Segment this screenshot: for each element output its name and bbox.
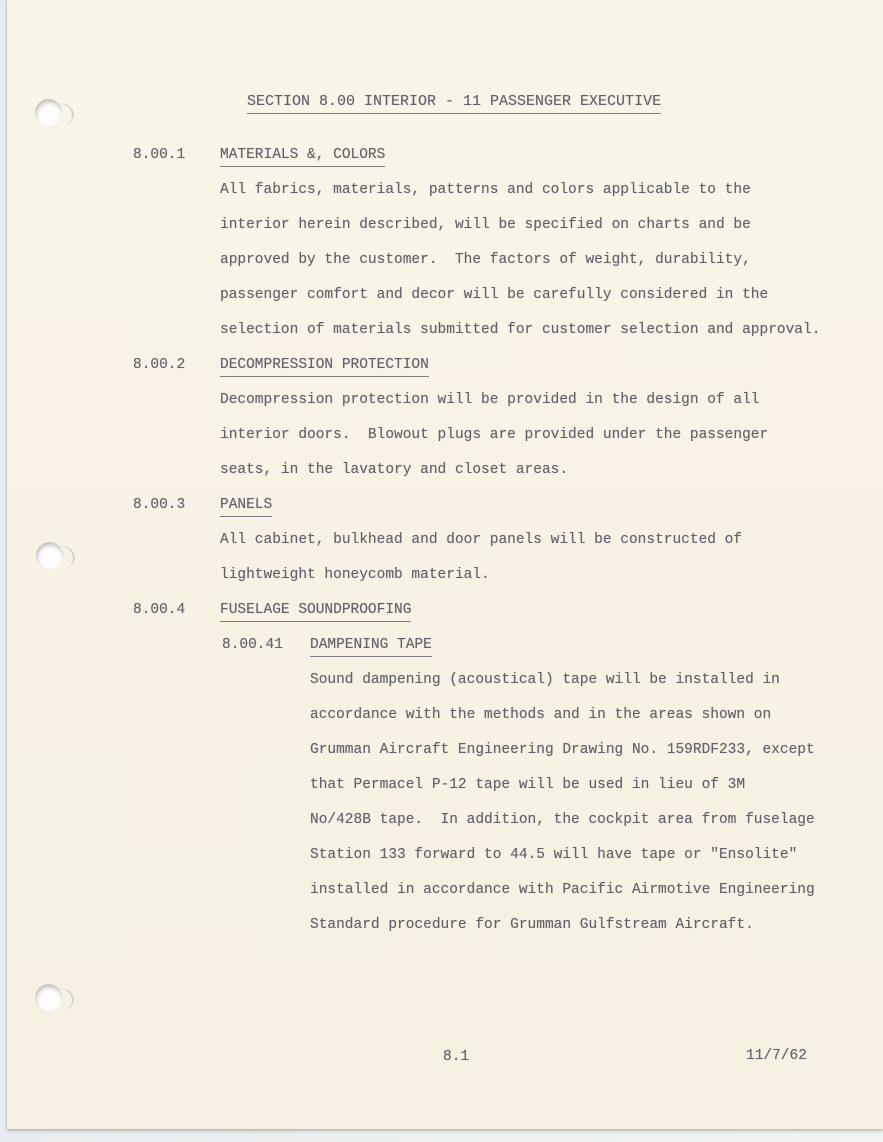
text-row: 8.00.3PANELS <box>0 497 883 532</box>
section-heading: DECOMPRESSION PROTECTION <box>220 357 429 377</box>
text-row: 8.00.4FUSELAGE SOUNDPROOFING <box>0 602 883 637</box>
text-row: All fabrics, materials, patterns and col… <box>0 182 883 217</box>
punch-hole-bottom <box>35 984 62 1011</box>
text-row: passenger comfort and decor will be care… <box>0 287 883 322</box>
text-row: selection of materials submitted for cus… <box>0 322 883 357</box>
footer-date: 11/7/62 <box>746 1048 807 1064</box>
body-line: All fabrics, materials, patterns and col… <box>220 182 751 199</box>
subsection-number: 8.00.41 <box>222 637 283 654</box>
text-row: seats, in the lavatory and closet areas. <box>0 462 883 497</box>
section-heading: FUSELAGE SOUNDPROOFING <box>220 602 411 622</box>
body-line: passenger comfort and decor will be care… <box>220 287 768 304</box>
section-number: 8.00.2 <box>133 357 185 374</box>
section-number: 8.00.3 <box>133 497 185 514</box>
document-body: 8.00.1MATERIALS &, COLORSAll fabrics, ma… <box>0 147 883 952</box>
body-line: Grumman Aircraft Engineering Drawing No.… <box>310 742 815 759</box>
text-row: Sound dampening (acoustical) tape will b… <box>0 672 883 707</box>
page-title: SECTION 8.00 INTERIOR - 11 PASSENGER EXE… <box>247 93 661 114</box>
body-line: Sound dampening (acoustical) tape will b… <box>310 672 780 689</box>
body-line: interior herein described, will be speci… <box>220 217 751 234</box>
body-line: selection of materials submitted for cus… <box>220 322 820 339</box>
section-heading: MATERIALS &, COLORS <box>220 147 385 167</box>
text-row: 8.00.41DAMPENING TAPE <box>0 637 883 672</box>
text-row: Decompression protection will be provide… <box>0 392 883 427</box>
body-line: lightweight honeycomb material. <box>220 567 490 584</box>
text-row: Standard procedure for Grumman Gulfstrea… <box>0 917 883 952</box>
section-number: 8.00.1 <box>133 147 185 164</box>
body-line: seats, in the lavatory and closet areas. <box>220 462 568 479</box>
text-row: No/428B tape. In addition, the cockpit a… <box>0 812 883 847</box>
body-line: installed in accordance with Pacific Air… <box>310 882 815 899</box>
text-row: 8.00.1MATERIALS &, COLORS <box>0 147 883 182</box>
text-row: accordance with the methods and in the a… <box>0 707 883 742</box>
section-number: 8.00.4 <box>133 602 185 619</box>
body-line: that Permacel P-12 tape will be used in … <box>310 777 745 794</box>
body-line: interior doors. Blowout plugs are provid… <box>220 427 768 444</box>
text-row: that Permacel P-12 tape will be used in … <box>0 777 883 812</box>
text-row: lightweight honeycomb material. <box>0 567 883 602</box>
text-row: installed in accordance with Pacific Air… <box>0 882 883 917</box>
body-line: Station 133 forward to 44.5 will have ta… <box>310 847 797 864</box>
body-line: accordance with the methods and in the a… <box>310 707 771 724</box>
text-row: All cabinet, bulkhead and door panels wi… <box>0 532 883 567</box>
text-row: Station 133 forward to 44.5 will have ta… <box>0 847 883 882</box>
text-row: interior doors. Blowout plugs are provid… <box>0 427 883 462</box>
body-line: All cabinet, bulkhead and door panels wi… <box>220 532 742 549</box>
body-line: approved by the customer. The factors of… <box>220 252 751 269</box>
scanned-document-page: SECTION 8.00 INTERIOR - 11 PASSENGER EXE… <box>0 0 883 1142</box>
body-line: No/428B tape. In addition, the cockpit a… <box>310 812 815 829</box>
text-row: 8.00.2DECOMPRESSION PROTECTION <box>0 357 883 392</box>
text-row: Grumman Aircraft Engineering Drawing No.… <box>0 742 883 777</box>
body-line: Standard procedure for Grumman Gulfstrea… <box>310 917 754 934</box>
section-heading: PANELS <box>220 497 272 517</box>
text-row: approved by the customer. The factors of… <box>0 252 883 287</box>
page-number: 8.1 <box>443 1049 469 1065</box>
text-row: interior herein described, will be speci… <box>0 217 883 252</box>
body-line: Decompression protection will be provide… <box>220 392 760 409</box>
punch-hole-top <box>35 99 62 126</box>
subsection-heading: DAMPENING TAPE <box>310 637 432 657</box>
